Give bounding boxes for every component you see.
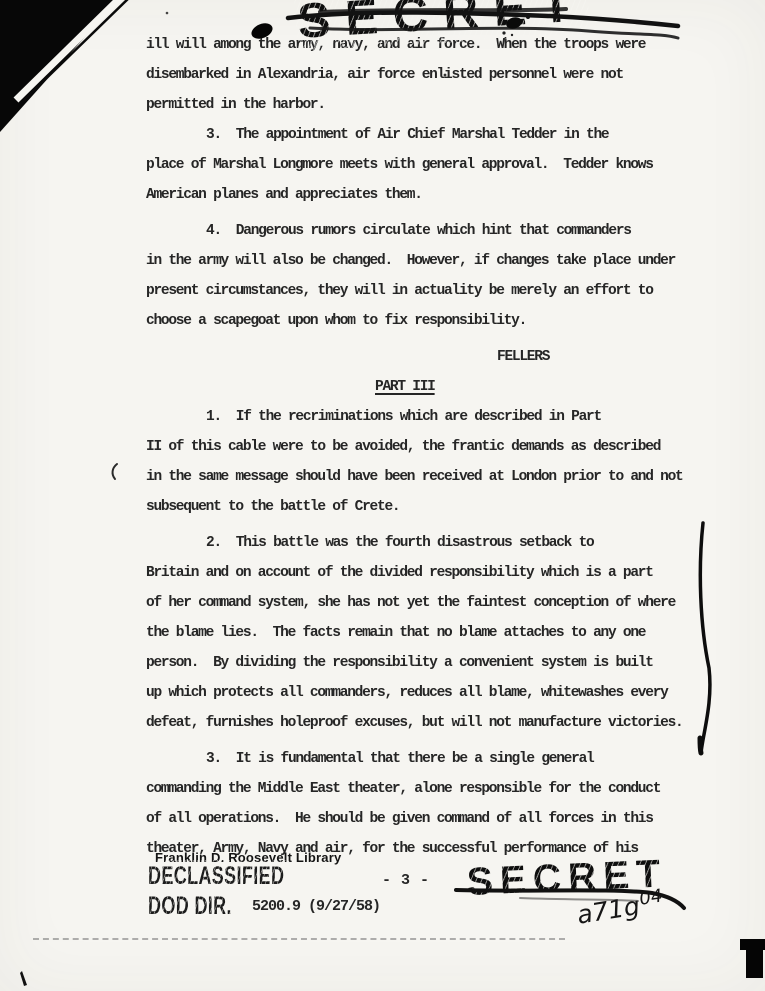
document-line: choose a scapegoat upon whom to fix resp… bbox=[146, 306, 726, 336]
document-line: present circumstances, they will in actu… bbox=[146, 276, 726, 306]
document-line: 3. It is fundamental that there be a sin… bbox=[146, 744, 726, 774]
margin-tick-mark bbox=[113, 464, 117, 479]
corner-fold-artifact bbox=[0, 0, 118, 132]
document-line: disembarked in Alexandria, air force enl… bbox=[146, 60, 726, 90]
document-line: in the army will also be changed. Howeve… bbox=[146, 246, 726, 276]
document-line: 3. The appointment of Air Chief Marshal … bbox=[146, 120, 726, 150]
document-line: permitted in the harbor. bbox=[146, 90, 726, 120]
scanned-document-page: ill will among the army, navy, and air f… bbox=[0, 0, 765, 991]
stamp-erosion-texture bbox=[147, 860, 286, 893]
document-line: 1. If the recriminations which are descr… bbox=[146, 402, 726, 432]
page-number: - 3 - bbox=[382, 872, 430, 889]
dod-directive-number: 5200.9 (9/27/58) bbox=[252, 898, 380, 915]
corner-fold-edge-line bbox=[24, 0, 133, 100]
document-line: of all operations. He should be given co… bbox=[146, 804, 726, 834]
document-line: FELLERS bbox=[146, 342, 726, 372]
document-text-block: ill will among the army, navy, and air f… bbox=[146, 30, 726, 864]
document-line: place of Marshal Longmore meets with gen… bbox=[146, 150, 726, 180]
handwritten-annotation-sup: 04 bbox=[638, 885, 664, 909]
document-line: of her command system, she has not yet t… bbox=[146, 588, 726, 618]
page-edge-dashed-line bbox=[33, 938, 565, 940]
document-line: Britain and on account of the divided re… bbox=[146, 558, 726, 588]
document-line: up which protects all commanders, reduce… bbox=[146, 678, 726, 708]
declassified-stamp: DECLASSIFIED bbox=[148, 862, 284, 891]
document-line: PART III bbox=[146, 372, 726, 402]
stamp-erosion-texture bbox=[147, 890, 234, 923]
corner-fold-crease bbox=[16, 0, 122, 100]
document-line: II of this cable were to be avoided, the… bbox=[146, 432, 726, 462]
scan-edge-mark bbox=[740, 939, 765, 950]
document-line: commanding the Middle East theater, alon… bbox=[146, 774, 726, 804]
document-line: 2. This battle was the fourth disastrous… bbox=[146, 528, 726, 558]
ink-speck bbox=[166, 12, 169, 15]
document-line: person. By dividing the responsibility a… bbox=[146, 648, 726, 678]
scan-edge-tick bbox=[20, 971, 27, 986]
document-line: 4. Dangerous rumors circulate which hint… bbox=[146, 216, 726, 246]
document-line: subsequent to the battle of Crete. bbox=[146, 492, 726, 522]
document-line: defeat, furnishes holeproof excuses, but… bbox=[146, 708, 726, 738]
scan-edge-mark bbox=[746, 948, 763, 978]
dod-directive-row: DOD DIR. 5200.9 (9/27/58) bbox=[148, 892, 408, 922]
document-line: the blame lies. The facts remain that no… bbox=[146, 618, 726, 648]
dod-directive-stamp: DOD DIR. bbox=[148, 892, 232, 921]
document-line: American planes and appreciates them. bbox=[146, 180, 726, 210]
document-line: in the same message should have been rec… bbox=[146, 462, 726, 492]
